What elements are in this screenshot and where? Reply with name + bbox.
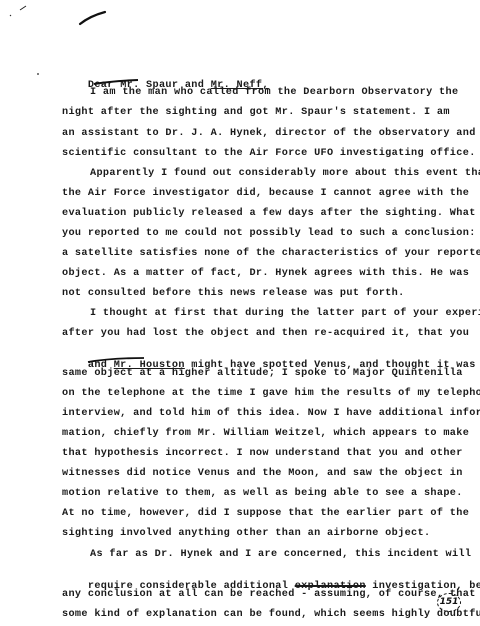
text-line: evaluation publicly released a few days … xyxy=(62,208,476,220)
page-number-circle: 151 xyxy=(437,593,461,612)
text-line: same object at a higher altitude; I spok… xyxy=(62,368,463,380)
text-line: that hypothesis incorrect. I now underst… xyxy=(62,448,463,460)
text-line: motion relative to them, as well as bein… xyxy=(62,488,463,500)
text-line: sighting involved anything other than an… xyxy=(62,528,430,540)
text-line: witnesses did notice Venus and the Moon,… xyxy=(62,468,463,480)
text-line: after you had lost the object and then r… xyxy=(62,328,469,340)
text-line: the Air Force investigator did, because … xyxy=(62,188,469,200)
document-page: Dear Mr. Spaur and Mr. Neff, I am the ma… xyxy=(0,0,480,626)
text-line: not consulted before this news release w… xyxy=(62,288,405,300)
margin-dot xyxy=(36,72,40,76)
text-line: At no time, however, did I suppose that … xyxy=(62,508,469,520)
text-line: some kind of explanation can be found, w… xyxy=(62,609,480,621)
text-line: a satellite satisfies none of the charac… xyxy=(62,248,480,260)
text-line: scientific consultant to the Air Force U… xyxy=(62,148,476,160)
text-line: mation, chiefly from Mr. William Weitzel… xyxy=(62,428,469,440)
text-line: Apparently I found out considerably more… xyxy=(90,168,480,180)
pen-mark-dot xyxy=(8,4,28,18)
text-line: As far as Dr. Hynek and I are concerned,… xyxy=(90,549,471,561)
text-line: I am the man who called from the Dearbor… xyxy=(90,87,458,99)
handwritten-underline xyxy=(86,356,146,364)
handwritten-underline xyxy=(92,78,140,86)
text-line: an assistant to Dr. J. A. Hynek, directo… xyxy=(62,128,476,140)
text-line: interview, and told him of this idea. No… xyxy=(62,408,480,420)
text-line: night after the sighting and got Mr. Spa… xyxy=(62,107,450,119)
pen-stroke-mark xyxy=(78,8,108,26)
text-line: any conclusion at all can be reached - a… xyxy=(62,589,476,601)
text-line: object. As a matter of fact, Dr. Hynek a… xyxy=(62,268,469,280)
text-line: I thought at first that during the latte… xyxy=(90,308,480,320)
text-line: you reported to me could not possibly le… xyxy=(62,228,476,240)
text-line: on the telephone at the time I gave him … xyxy=(62,388,480,400)
